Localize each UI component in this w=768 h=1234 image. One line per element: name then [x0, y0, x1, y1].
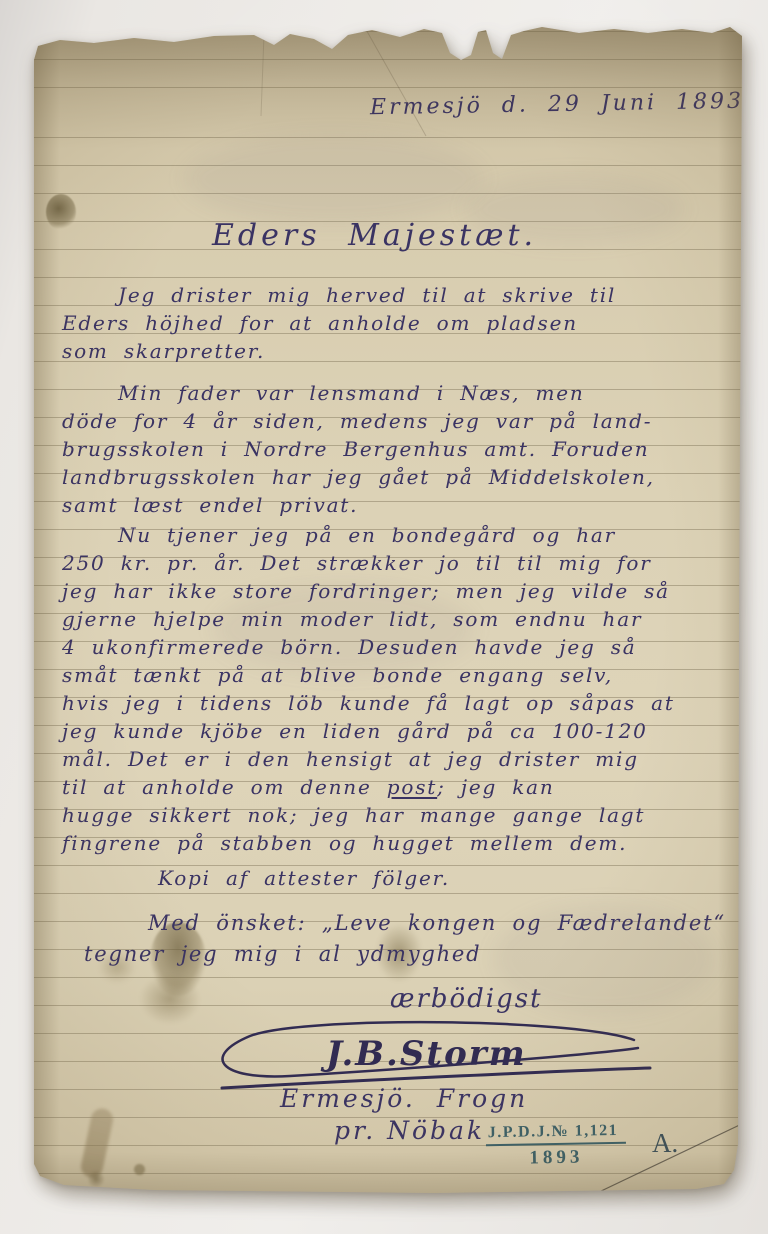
ink-stain — [46, 194, 76, 230]
letter-line: jeg har ikke store fordringer; men jeg v… — [62, 577, 730, 605]
letter-line: fingrene på stabben og hugget mellem dem… — [62, 829, 730, 857]
letter-line: småt tænkt på at blive bonde engang selv… — [62, 661, 730, 689]
paragraph: Min fader var lensmand i Næs, mendöde fo… — [62, 379, 730, 519]
letter-line: tegner jeg mig i al ydmyghed — [84, 939, 744, 970]
annotation-a: A. — [652, 1128, 678, 1159]
letter-line: brugsskolen i Nordre Bergenhus amt. Foru… — [62, 435, 730, 463]
paragraph: Nu tjener jeg på en bondegård og har250 … — [62, 521, 730, 857]
letter-line: landbrugsskolen har jeg gået på Middelsk… — [62, 463, 730, 491]
stamp-journal-number: J.P.D.J.№ 1,121 — [486, 1122, 627, 1146]
letter-line: gjerne hjelpe min moder lidt, som endnu … — [62, 605, 730, 633]
paragraph: Kopi af attester fölger. — [62, 864, 730, 892]
letter-line: Med önsket: „Leve kongen og Fædrelandet“ — [84, 908, 744, 939]
letter-line: samt læst endel privat. — [62, 491, 730, 519]
place-line-1: Ermesjö. Frogn — [280, 1084, 528, 1113]
letter-line: hugge sikkert nok; jeg har mange gange l… — [62, 801, 730, 829]
letter-line: som skarpretter. — [62, 337, 730, 365]
valediction: ærbödigst — [390, 984, 543, 1014]
letter-line: Jeg drister mig herved til at skrive til — [62, 281, 730, 309]
letter-page: Ermesjö d. 29 Juni 1893 Eders Majestæt. … — [34, 24, 742, 1194]
letter-line: Nu tjener jeg på en bondegård og har — [62, 521, 730, 549]
letter-line: 250 kr. pr. år. Det strækker jo til til … — [62, 549, 730, 577]
journal-stamp: J.P.D.J.№ 1,121 1893 — [486, 1122, 627, 1170]
letter-line: mål. Det er i den hensigt at jeg drister… — [62, 745, 730, 773]
letter-line: 4 ukonfirmerede börn. Desuden havde jeg … — [62, 633, 730, 661]
signature: J.B.Storm — [326, 1034, 527, 1074]
closing-lines: Med önsket: „Leve kongen og Fædrelandet“… — [84, 908, 744, 970]
letter-line: til at anholde om denne post; jeg kan — [62, 773, 730, 801]
ink-bleedthrough — [184, 134, 484, 224]
letter-line: Min fader var lensmand i Næs, men — [62, 379, 730, 407]
letter-line: jeg kunde kjöbe en liden gård på ca 100-… — [62, 717, 730, 745]
salutation: Eders Majestæt. — [212, 218, 537, 253]
paper-sheet: Ermesjö d. 29 Juni 1893 Eders Majestæt. … — [34, 24, 742, 1194]
letter-line: hvis jeg i tidens löb kunde få lagt op s… — [62, 689, 730, 717]
ink-stain — [134, 1164, 145, 1175]
place-line-2: pr. Nöbak — [334, 1116, 485, 1145]
letter-line: Eders höjhed for at anholde om pladsen — [62, 309, 730, 337]
letter-body: Jeg drister mig herved til at skrive til… — [62, 281, 730, 892]
letter-line: döde for 4 år siden, medens jeg var på l… — [62, 407, 730, 435]
stamp-year: 1893 — [486, 1146, 627, 1170]
paragraph: Jeg drister mig herved til at skrive til… — [62, 281, 730, 365]
ink-stain — [88, 1170, 104, 1188]
letter-line: Kopi af attester fölger. — [62, 864, 730, 892]
